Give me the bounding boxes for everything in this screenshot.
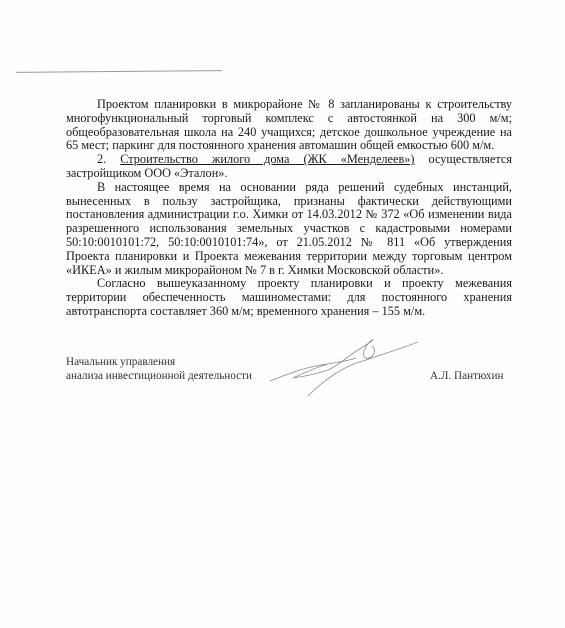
signatory-title-line-2: анализа инвестиционной деятельности xyxy=(66,369,252,383)
signatory-title-line-1: Начальник управления xyxy=(66,355,252,369)
paragraph-2: 2. Строительство жилого дома (ЖК «Мендел… xyxy=(66,153,512,181)
underlined-heading: Строительство жилого дома (ЖК «Менделеев… xyxy=(120,152,414,166)
paragraph-1: Проектом планировки в микрорайоне № 8 за… xyxy=(66,98,512,153)
document-body: Проектом планировки в микрорайоне № 8 за… xyxy=(66,98,512,319)
paragraph-3: В настоящее время на основании ряда реше… xyxy=(66,181,512,278)
handwritten-signature-icon xyxy=(268,336,418,398)
document-page: Проектом планировки в микрорайоне № 8 за… xyxy=(0,0,565,628)
signatory-title: Начальник управления анализа инвестицион… xyxy=(66,355,252,383)
item-number: 2. xyxy=(97,152,120,166)
header-rule xyxy=(16,70,222,73)
signatory-name: А.Л. Пантюхин xyxy=(430,369,503,383)
paragraph-4: Согласно вышеуказанному проекту планиров… xyxy=(66,277,512,318)
